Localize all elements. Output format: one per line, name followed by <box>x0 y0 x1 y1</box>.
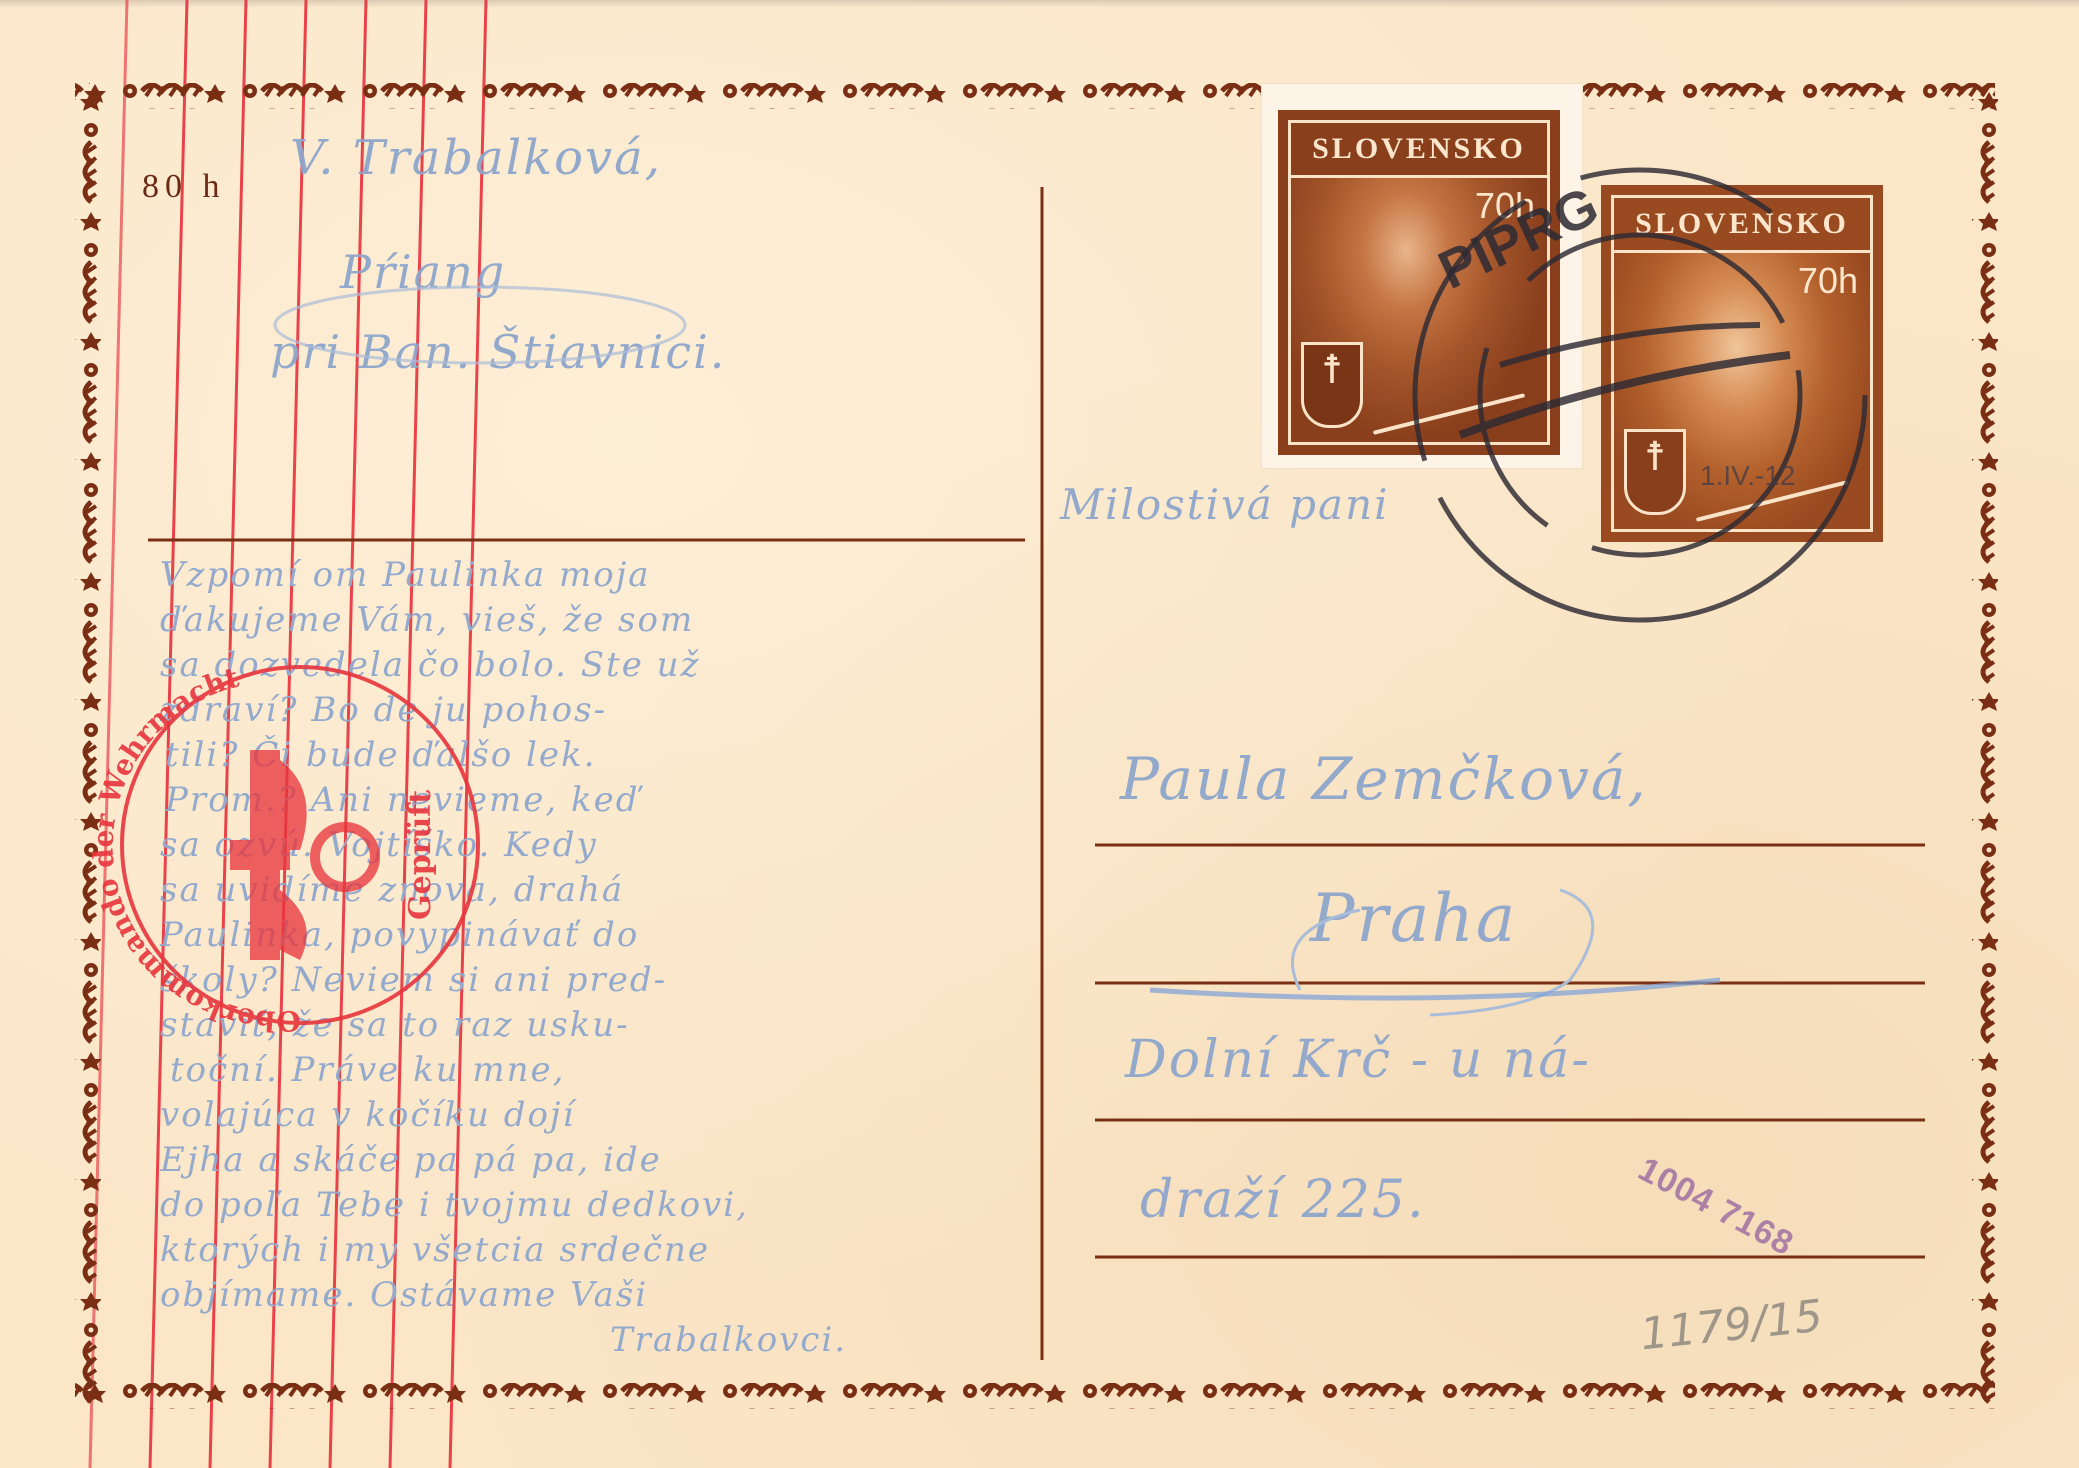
message-line: Trabalkovci. <box>610 1320 847 1360</box>
adhesive-stamp: SLOVENSKO 70h ☨ <box>1278 110 1560 455</box>
sender-name: V. Trabalková, <box>290 130 662 186</box>
message-line: Ejha a skáče pa pá pa, ide <box>160 1140 662 1180</box>
message-line: Paulinka, povypinávať do <box>160 915 639 955</box>
message-line: do poľa Tebe i tvojmu dedkovi, <box>160 1185 749 1225</box>
stamp-denomination: 70h <box>1798 260 1858 302</box>
stamp-country: SLOVENSKO <box>1291 123 1547 178</box>
sender-region: pri Ban. Štiavnici. <box>270 325 726 379</box>
recipient-house-number: draží 225. <box>1140 1170 1425 1230</box>
message-line: toční. Práve ku mne, <box>170 1050 565 1090</box>
recipient-street: Dolní Krč - u ná- <box>1125 1030 1591 1090</box>
message-line: Vzpomí om Paulinka moja <box>160 555 651 595</box>
message-line: Prom.? Ani nevieme, keď <box>165 780 640 820</box>
message-line: sa uvidíme znova, drahá <box>160 870 624 910</box>
recipient-salutation: Milostivá pani <box>1060 480 1390 529</box>
recipient-city: Praha <box>1310 880 1517 957</box>
message-line: objímame. Ostávame Vaši <box>160 1275 648 1315</box>
double-cross-shield-icon: ☨ <box>1624 429 1686 515</box>
message-line: staviť, že sa to raz usku- <box>160 1005 630 1045</box>
stamp-country: SLOVENSKO <box>1614 198 1870 253</box>
laurel-branch-icon <box>1696 480 1848 522</box>
message-line: školy? Neviem si ani pred- <box>160 960 667 1000</box>
imprinted-stamp: SLOVENSKO 70h ☨ <box>1601 185 1883 542</box>
printed-value: 80 h <box>142 168 226 206</box>
message-line: volajúca v kočíku dojí <box>160 1095 575 1135</box>
recipient-name: Paula Zemčková, <box>1120 745 1648 813</box>
message-line: ktorých i my všetcia srdečne <box>160 1230 710 1270</box>
message-line: ďakujeme Vám, vieš, že som <box>160 600 694 640</box>
message-line: sa dozvedela čo bolo. Ste už <box>160 645 700 685</box>
stamp-denomination: 70h <box>1475 185 1535 227</box>
laurel-branch-icon <box>1373 393 1525 435</box>
postcard: 80 h V. Trabalková, Pŕiang pri Ban. Štia… <box>0 0 2079 1468</box>
message-line: sa ozvú. Vojtíško. Kedy <box>160 825 598 865</box>
double-cross-shield-icon: ☨ <box>1301 342 1363 428</box>
message-line: zdraví? Bo de ju pohos- <box>160 690 607 730</box>
sender-village: Pŕiang <box>340 245 506 299</box>
message-line: tili? Či bude ďalšo lek. <box>165 735 596 775</box>
